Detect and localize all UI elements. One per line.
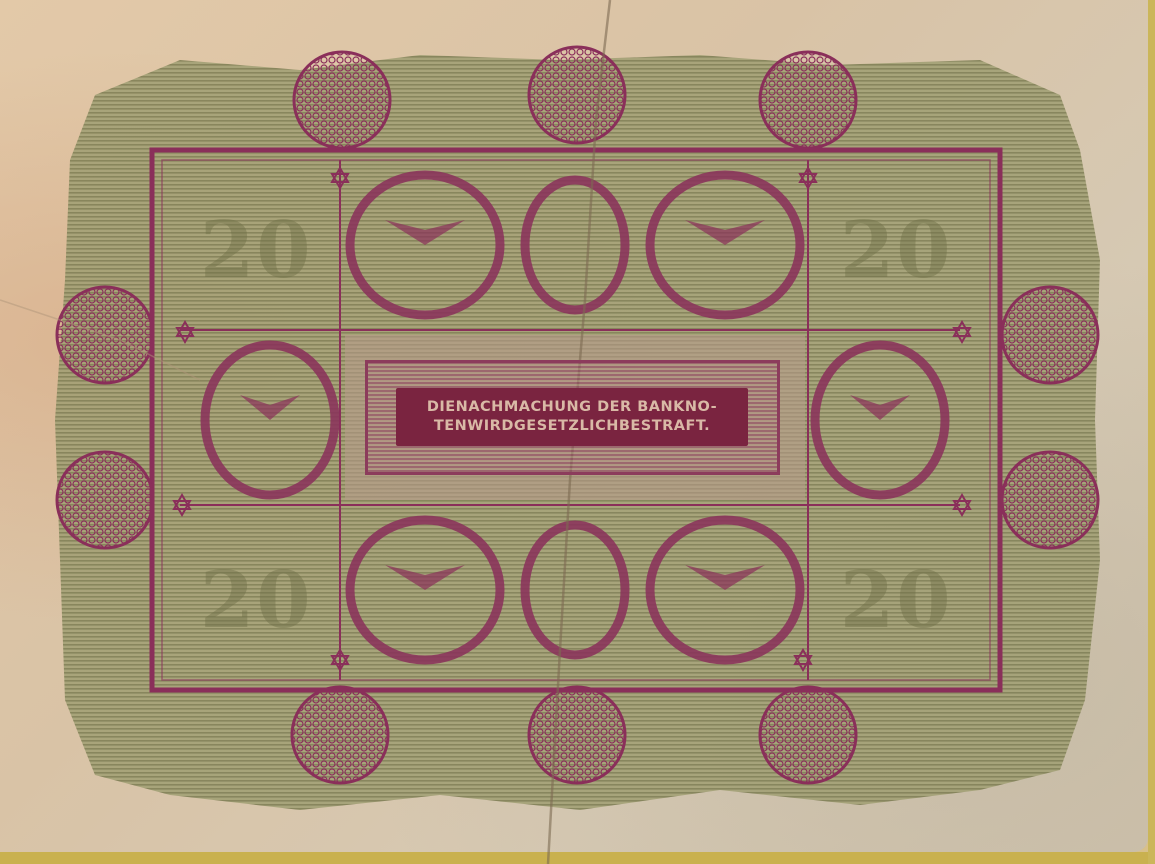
warning-line-1: DIENACHMACHUNG DER BANKNO- (427, 398, 717, 417)
denomination-top-right: 20 (840, 205, 953, 296)
denomination-top-left: 20 (200, 205, 313, 296)
denomination-bottom-right: 20 (840, 555, 953, 646)
warning-panel: DIENACHMACHUNG DER BANKNO- TENWIRDGESETZ… (396, 388, 748, 446)
warning-line-2: TENWIRDGESETZLICHBESTRAFT. (434, 417, 710, 436)
denomination-bottom-left: 20 (200, 555, 313, 646)
